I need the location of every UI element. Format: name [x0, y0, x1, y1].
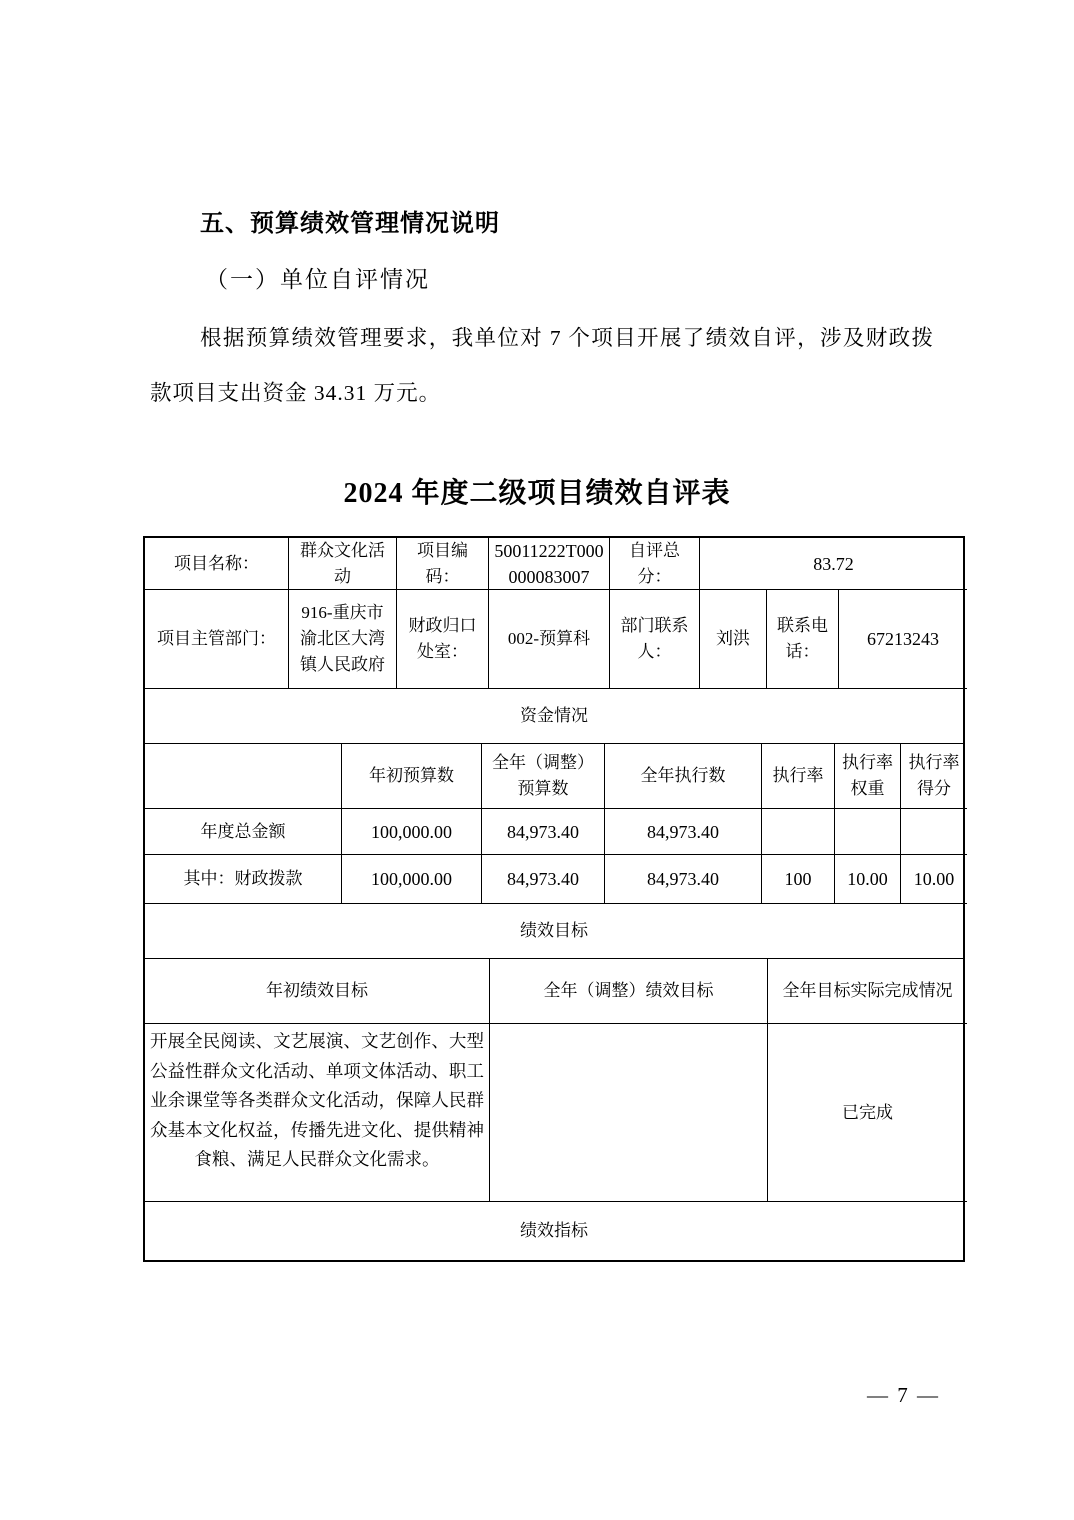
self-evaluation-table: 项目名称： 群众文化活动 项目编码： 50011222T000000083007…	[143, 536, 965, 1262]
indicators-section-title: 绩效指标	[145, 1202, 963, 1260]
phone-label: 联系电话：	[767, 590, 839, 689]
goals-header-row: 年初绩效目标 全年（调整）绩效目标 全年目标实际完成情况	[145, 959, 963, 1024]
funding-fiscal-initial: 100,000.00	[342, 855, 482, 904]
funding-fiscal-weight: 10.00	[835, 855, 901, 904]
section-heading: 五、预算绩效管理情况说明	[200, 208, 1074, 240]
self-score-value: 83.72	[700, 538, 967, 590]
funding-header-exec-rate: 执行率	[762, 744, 835, 809]
funding-fiscal-adjusted: 84,973.40	[482, 855, 605, 904]
phone-value: 67213243	[839, 590, 967, 689]
funding-total-initial: 100,000.00	[342, 809, 482, 855]
funding-total-adjusted: 84,973.40	[482, 809, 605, 855]
adjusted-goal-text	[490, 1024, 768, 1202]
goals-section-title: 绩效目标	[145, 904, 963, 959]
contact-label: 部门联系人：	[610, 590, 700, 689]
page-number: — 7 —	[867, 1383, 940, 1408]
table-row-project: 项目名称： 群众文化活动 项目编码： 50011222T000000083007…	[145, 538, 963, 590]
dept-value: 916-重庆市渝北区大湾镇人民政府	[289, 590, 397, 689]
contact-value: 刘洪	[700, 590, 767, 689]
funding-header-adjusted-budget: 全年（调整）预算数	[482, 744, 605, 809]
funding-header-executed: 全年执行数	[605, 744, 762, 809]
goals-header-adjusted: 全年（调整）绩效目标	[490, 959, 768, 1024]
funding-fiscal-rate: 100	[762, 855, 835, 904]
office-value: 002-预算科	[489, 590, 610, 689]
goal-completion-status: 已完成	[768, 1024, 967, 1202]
funding-header-blank	[145, 744, 342, 809]
funding-total-label: 年度总金额	[145, 809, 342, 855]
self-score-label: 自评总分：	[610, 538, 700, 590]
project-name-label: 项目名称：	[145, 538, 289, 590]
table-title: 2024 年度二级项目绩效自评表	[0, 471, 1074, 511]
funding-total-score	[901, 809, 967, 855]
funding-header-initial-budget: 年初预算数	[342, 744, 482, 809]
funding-section-title: 资金情况	[145, 689, 963, 744]
dept-label: 项目主管部门：	[145, 590, 289, 689]
funding-section-row: 资金情况	[145, 689, 963, 744]
funding-fiscal-executed: 84,973.40	[605, 855, 762, 904]
funding-total-weight	[835, 809, 901, 855]
funding-fiscal-score: 10.00	[901, 855, 967, 904]
document-page: 五、预算绩效管理情况说明 （一）单位自评情况 根据预算绩效管理要求，我单位对 7…	[0, 0, 1074, 1520]
project-code-label: 项目编码：	[397, 538, 489, 590]
funding-row-total: 年度总金额 100,000.00 84,973.40 84,973.40	[145, 809, 963, 855]
table-row-department: 项目主管部门： 916-重庆市渝北区大湾镇人民政府 财政归口处室： 002-预算…	[145, 590, 963, 689]
goals-section-row: 绩效目标	[145, 904, 963, 959]
goals-header-completion: 全年目标实际完成情况	[768, 959, 967, 1024]
subsection-heading: （一）单位自评情况	[205, 264, 1074, 296]
office-label: 财政归口处室：	[397, 590, 489, 689]
funding-header-rate-score: 执行率得分	[901, 744, 967, 809]
project-code-value: 50011222T000000083007	[489, 538, 610, 590]
goals-header-initial: 年初绩效目标	[145, 959, 490, 1024]
funding-total-executed: 84,973.40	[605, 809, 762, 855]
indicators-section-row: 绩效指标	[145, 1202, 963, 1260]
initial-goal-text: 开展全民阅读、文艺展演、文艺创作、大型公益性群众文化活动、单项文体活动、职工业余…	[145, 1024, 490, 1202]
body-paragraph: 根据预算绩效管理要求，我单位对 7 个项目开展了绩效自评，涉及财政拨款项目支出资…	[150, 311, 934, 421]
funding-header-rate-weight: 执行率权重	[835, 744, 901, 809]
funding-header-row: 年初预算数 全年（调整）预算数 全年执行数 执行率 执行率权重 执行率得分	[145, 744, 963, 809]
funding-fiscal-label: 其中：财政拨款	[145, 855, 342, 904]
project-name-value: 群众文化活动	[289, 538, 397, 590]
funding-row-fiscal: 其中：财政拨款 100,000.00 84,973.40 84,973.40 1…	[145, 855, 963, 904]
goals-content-row: 开展全民阅读、文艺展演、文艺创作、大型公益性群众文化活动、单项文体活动、职工业余…	[145, 1024, 963, 1202]
funding-total-rate	[762, 809, 835, 855]
